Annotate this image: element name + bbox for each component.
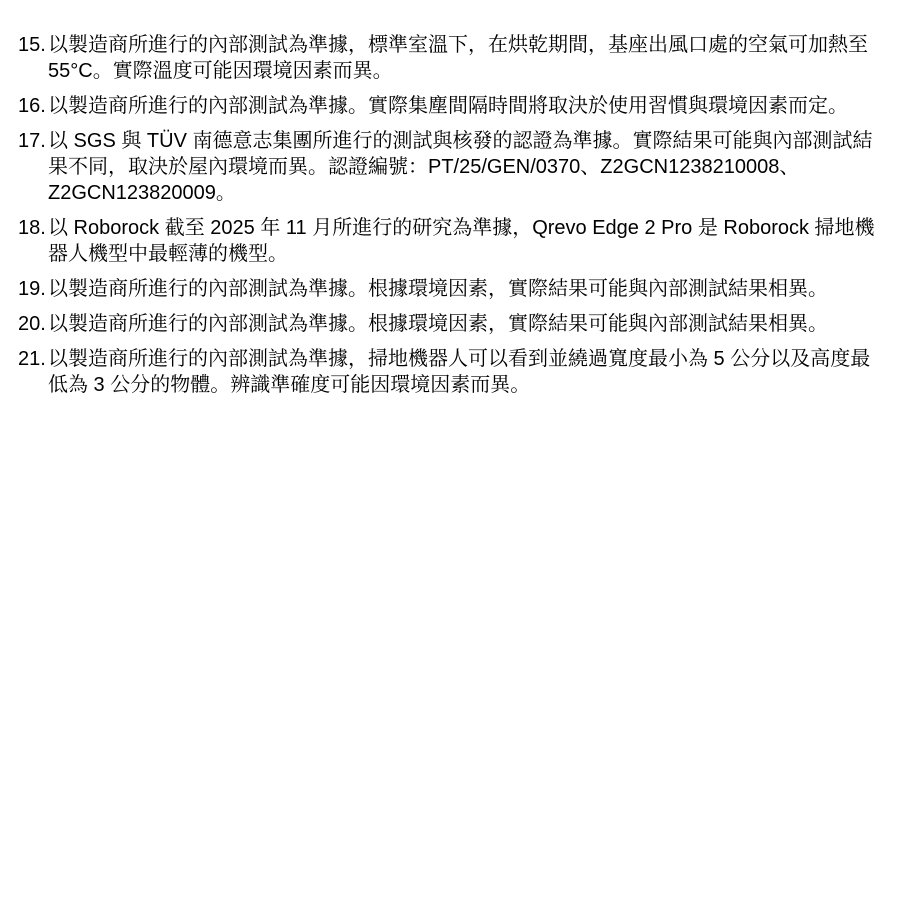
footnote-text: 以製造商所進行的內部測試為準據。根據環境因素，實際結果可能與內部測試結果相異。 bbox=[48, 311, 886, 337]
footnote-item: 17. 以 SGS 與 TÜV 南德意志集團所進行的測試與核發的認證為準據。實際… bbox=[18, 128, 886, 206]
footnote-text: 以製造商所進行的內部測試為準據。實際集塵間隔時間將取決於使用習慣與環境因素而定。 bbox=[48, 93, 886, 119]
footnote-list: 15. 以製造商所進行的內部測試為準據，標準室溫下，在烘乾期間，基座出風口處的空… bbox=[18, 32, 886, 398]
footnote-number: 16. bbox=[18, 93, 48, 119]
footnote-text: 以製造商所進行的內部測試為準據。根據環境因素，實際結果可能與內部測試結果相異。 bbox=[48, 276, 886, 302]
footnote-number: 17. bbox=[18, 128, 48, 154]
footnote-number: 21. bbox=[18, 346, 48, 372]
footnote-item: 19. 以製造商所進行的內部測試為準據。根據環境因素，實際結果可能與內部測試結果… bbox=[18, 276, 886, 302]
footnote-number: 15. bbox=[18, 32, 48, 58]
footnote-item: 21. 以製造商所進行的內部測試為準據，掃地機器人可以看到並繞過寬度最小為 5 … bbox=[18, 346, 886, 398]
footnote-text: 以 Roborock 截至 2025 年 11 月所進行的研究為準據，Qrevo… bbox=[48, 215, 886, 267]
footnote-text: 以 SGS 與 TÜV 南德意志集團所進行的測試與核發的認證為準據。實際結果可能… bbox=[48, 128, 886, 206]
footnotes-page: 15. 以製造商所進行的內部測試為準據，標準室溫下，在烘乾期間，基座出風口處的空… bbox=[0, 0, 900, 900]
footnote-number: 20. bbox=[18, 311, 48, 337]
footnote-item: 20. 以製造商所進行的內部測試為準據。根據環境因素，實際結果可能與內部測試結果… bbox=[18, 311, 886, 337]
footnote-text: 以製造商所進行的內部測試為準據，標準室溫下，在烘乾期間，基座出風口處的空氣可加熱… bbox=[48, 32, 886, 84]
footnote-item: 16. 以製造商所進行的內部測試為準據。實際集塵間隔時間將取決於使用習慣與環境因… bbox=[18, 93, 886, 119]
footnote-number: 19. bbox=[18, 276, 48, 302]
footnote-item: 15. 以製造商所進行的內部測試為準據，標準室溫下，在烘乾期間，基座出風口處的空… bbox=[18, 32, 886, 84]
footnote-item: 18. 以 Roborock 截至 2025 年 11 月所進行的研究為準據，Q… bbox=[18, 215, 886, 267]
footnote-number: 18. bbox=[18, 215, 48, 241]
footnote-text: 以製造商所進行的內部測試為準據，掃地機器人可以看到並繞過寬度最小為 5 公分以及… bbox=[48, 346, 886, 398]
